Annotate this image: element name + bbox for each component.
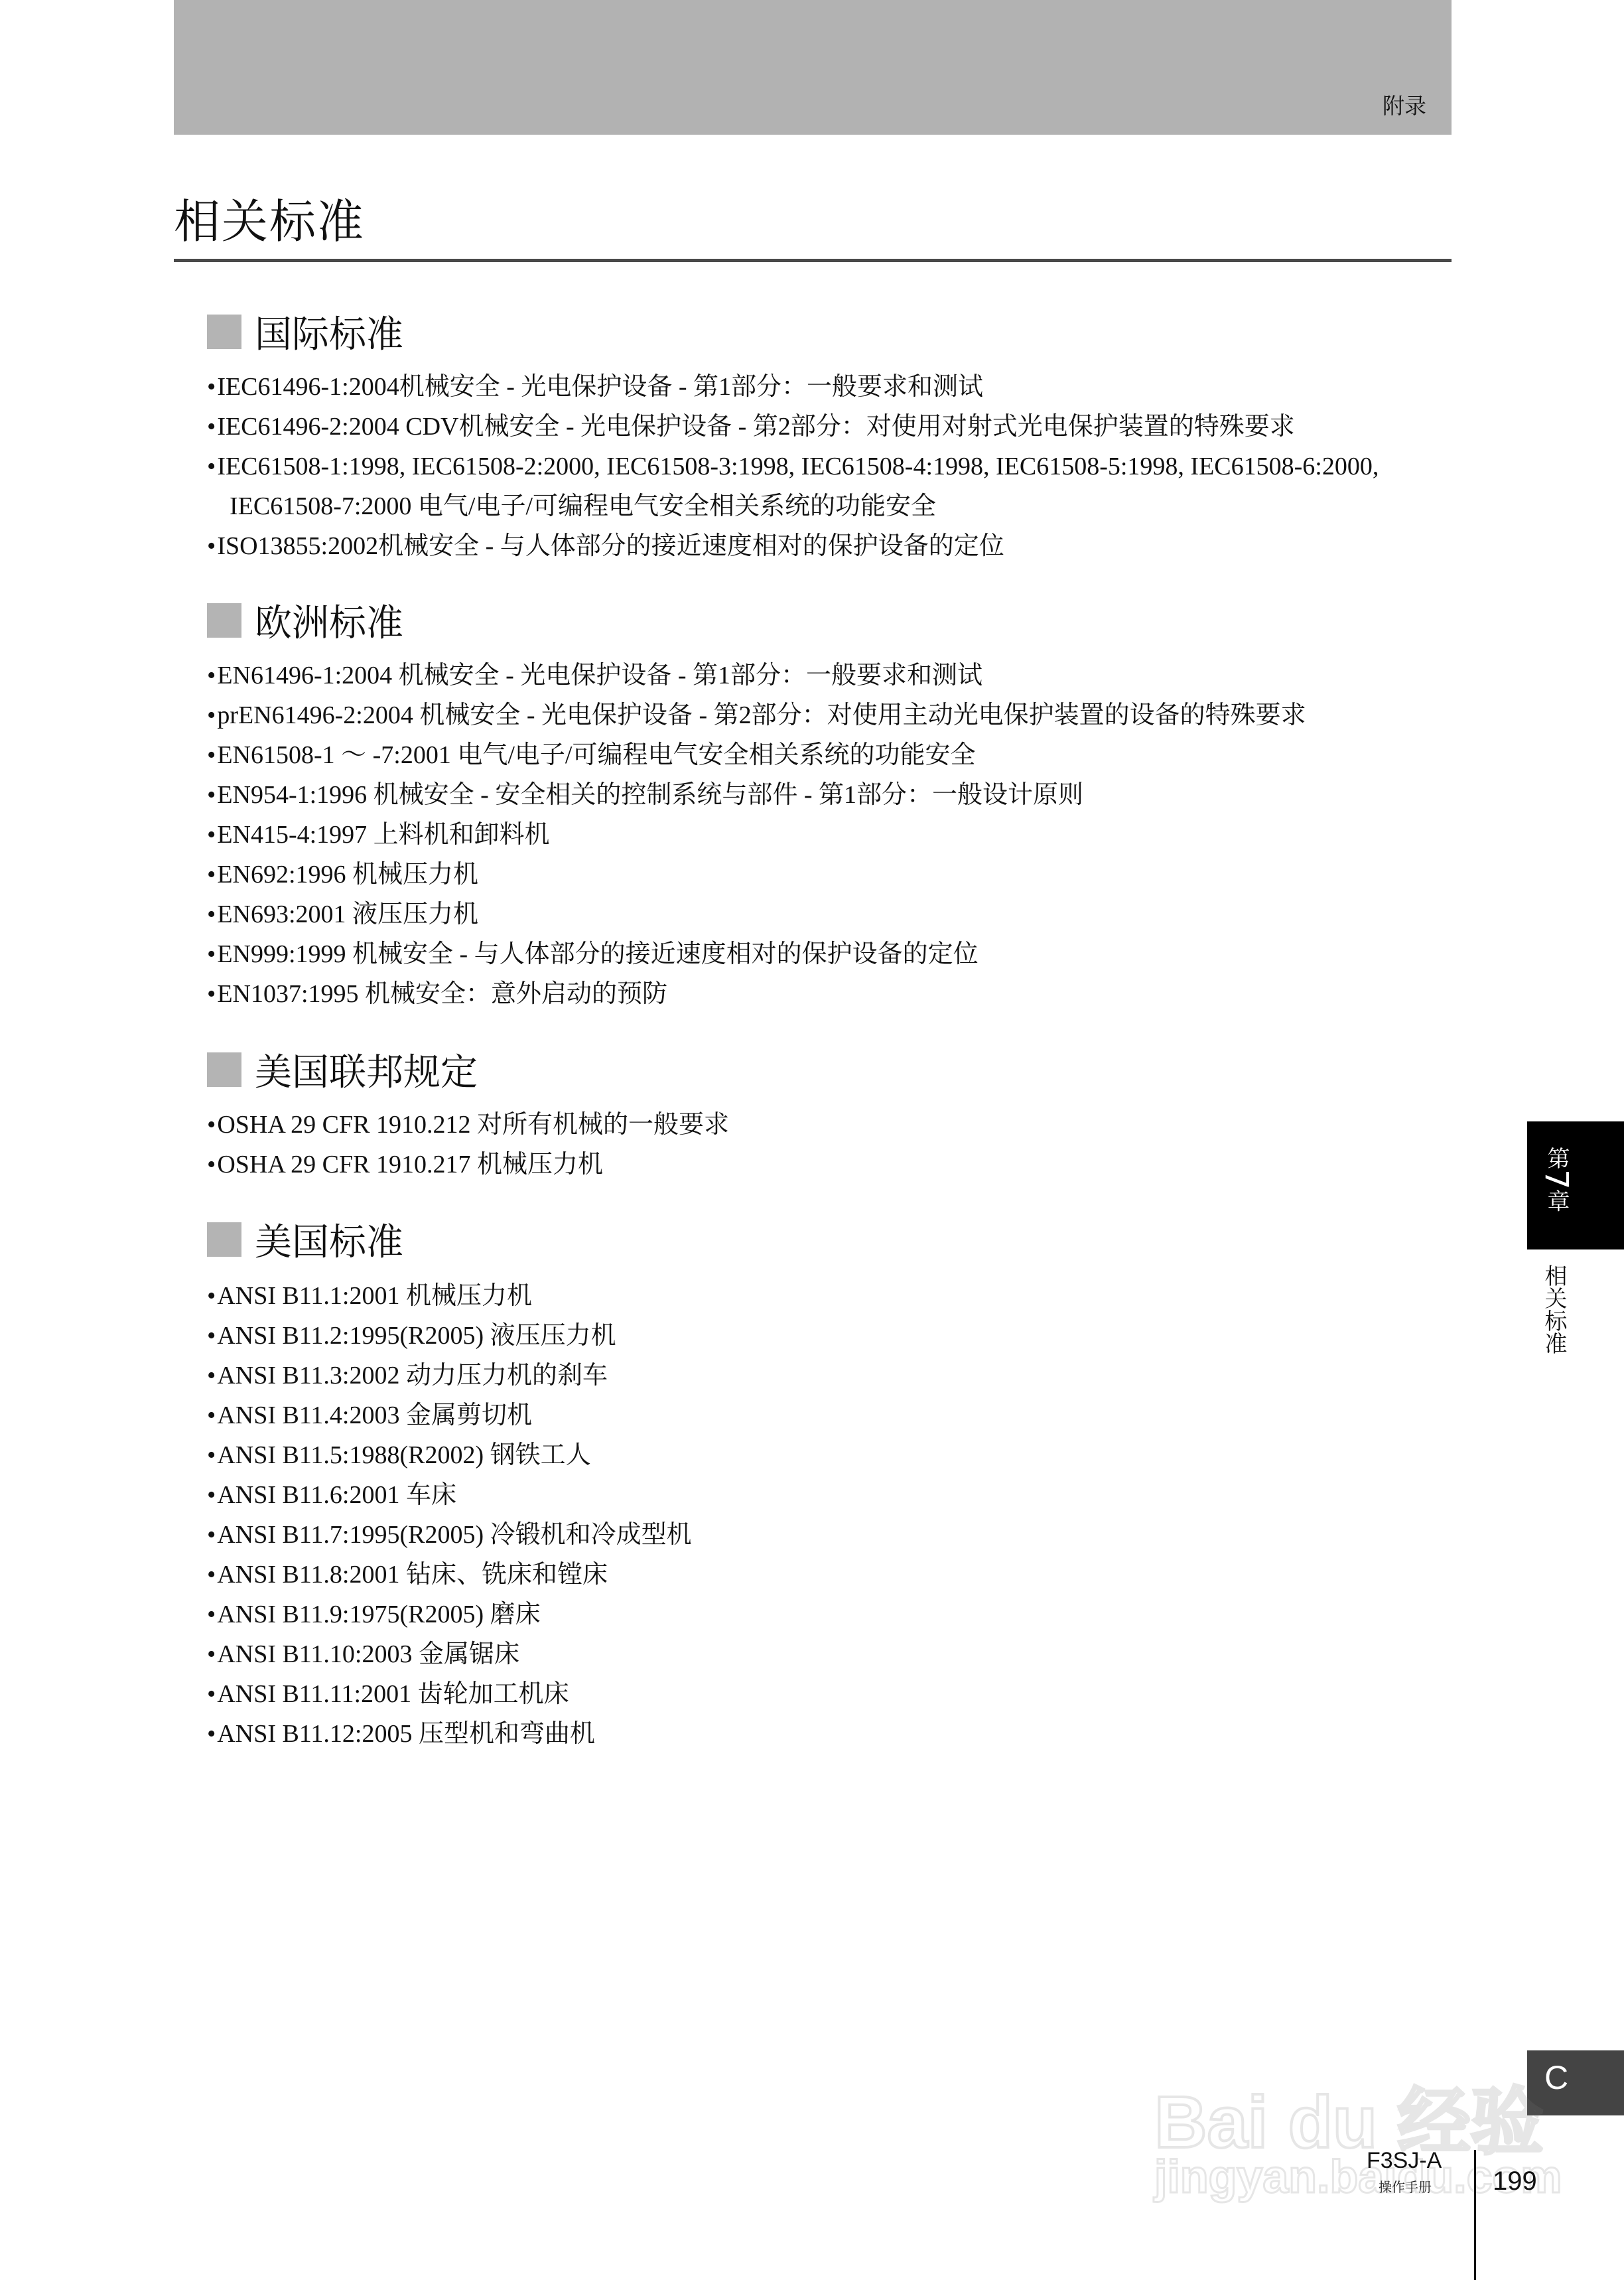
section-title: 美国标准 bbox=[255, 1213, 403, 1266]
bullet-icon: • bbox=[207, 373, 216, 401]
header-label: 附录 bbox=[1383, 89, 1426, 120]
page-title: 相关标准 bbox=[174, 184, 365, 251]
list-item: •ANSI B11.11:2001 齿轮加工机床 bbox=[207, 1674, 692, 1714]
section-header: 美国标准 bbox=[207, 1216, 692, 1263]
bullet-icon: • bbox=[207, 741, 216, 769]
bullet-icon: • bbox=[207, 900, 216, 928]
watermark-brand: Bai du 经验 bbox=[1154, 2064, 1544, 2169]
list-item: •ANSI B11.3:2002 动力压力机的刹车 bbox=[207, 1356, 692, 1395]
section-international: 国际标准 •IEC61496-1:2004机械安全 - 光电保护设备 - 第1部… bbox=[207, 309, 1379, 566]
page-number: 199 bbox=[1493, 2167, 1537, 2196]
footer-manual-label: 操作手册 bbox=[1379, 2176, 1432, 2196]
chapter-label: 第7章 bbox=[1538, 1147, 1575, 1212]
bullet-icon: • bbox=[207, 861, 216, 889]
bullet-icon: • bbox=[207, 1401, 216, 1429]
list-item: •EN692:1996 机械压力机 bbox=[207, 855, 1306, 894]
appendix-tab bbox=[1527, 2050, 1624, 2115]
bullet-icon: • bbox=[207, 1680, 216, 1708]
bullet-icon: • bbox=[207, 1640, 216, 1668]
bullet-icon: • bbox=[207, 662, 216, 689]
chapter-topic-label: 相关标准 bbox=[1538, 1264, 1570, 1354]
section-us-federal: 美国联邦规定 •OSHA 29 CFR 1910.212 对所有机械的一般要求 … bbox=[207, 1046, 729, 1184]
bullet-icon: • bbox=[207, 1481, 216, 1509]
bullet-icon: • bbox=[207, 1521, 216, 1549]
appendix-letter: C bbox=[1544, 2058, 1568, 2097]
bullet-icon: • bbox=[207, 1282, 216, 1310]
bullet-icon: • bbox=[207, 940, 216, 968]
section-header: 美国联邦规定 bbox=[207, 1046, 729, 1093]
list-item: •ISO13855:2002机械安全 - 与人体部分的接近速度相对的保护设备的定… bbox=[207, 526, 1379, 566]
header-band: 附录 bbox=[174, 0, 1452, 135]
footer-model: F3SJ-A bbox=[1367, 2148, 1442, 2174]
list-item: •EN1037:1995 机械安全：意外启动的预防 bbox=[207, 974, 1306, 1014]
bullet-icon: • bbox=[207, 1441, 216, 1469]
list-item: •OSHA 29 CFR 1910.217 机械压力机 bbox=[207, 1145, 729, 1184]
list-item-continuation: IEC61508-7:2000 电气/电子/可编程电气安全相关系统的功能安全 bbox=[207, 486, 1379, 526]
bullet-icon: • bbox=[207, 1151, 216, 1178]
section-title: 美国联邦规定 bbox=[255, 1043, 478, 1096]
section-marker-icon bbox=[207, 603, 241, 638]
bullet-icon: • bbox=[207, 532, 216, 560]
footer-divider bbox=[1474, 2150, 1476, 2280]
list-item: •IEC61508-1:1998, IEC61508-2:2000, IEC61… bbox=[207, 447, 1379, 486]
section-marker-icon bbox=[207, 315, 241, 349]
section-marker-icon bbox=[207, 1222, 241, 1257]
list-item: •ANSI B11.5:1988(R2002) 钢铁工人 bbox=[207, 1435, 692, 1475]
list-item: •ANSI B11.7:1995(R2005) 冷锻机和冷成型机 bbox=[207, 1515, 692, 1555]
title-divider bbox=[174, 259, 1452, 262]
list-item: •OSHA 29 CFR 1910.212 对所有机械的一般要求 bbox=[207, 1105, 729, 1145]
list-item: •ANSI B11.1:2001 机械压力机 bbox=[207, 1276, 692, 1316]
bullet-icon: • bbox=[207, 980, 216, 1008]
list-item: •EN954-1:1996 机械安全 - 安全相关的控制系统与部件 - 第1部分… bbox=[207, 775, 1306, 815]
list-item: •IEC61496-1:2004机械安全 - 光电保护设备 - 第1部分：一般要… bbox=[207, 367, 1379, 407]
bullet-icon: • bbox=[207, 1601, 216, 1628]
bullet-icon: • bbox=[207, 821, 216, 849]
section-title: 欧洲标准 bbox=[255, 594, 403, 647]
list-item: •ANSI B11.9:1975(R2005) 磨床 bbox=[207, 1595, 692, 1634]
list-item: •EN693:2001 液压压力机 bbox=[207, 894, 1306, 934]
list-item: •ANSI B11.4:2003 金属剪切机 bbox=[207, 1395, 692, 1435]
list-item: •EN999:1999 机械安全 - 与人体部分的接近速度相对的保护设备的定位 bbox=[207, 934, 1306, 974]
list-item: •EN415-4:1997 上料机和卸料机 bbox=[207, 815, 1306, 855]
bullet-icon: • bbox=[207, 453, 216, 480]
list-item: •ANSI B11.6:2001 车床 bbox=[207, 1475, 692, 1515]
section-marker-icon bbox=[207, 1052, 241, 1087]
section-title: 国际标准 bbox=[255, 305, 403, 358]
list-item: •ANSI B11.8:2001 钻床、铣床和镗床 bbox=[207, 1555, 692, 1595]
bullet-icon: • bbox=[207, 1362, 216, 1389]
bullet-icon: • bbox=[207, 781, 216, 809]
bullet-icon: • bbox=[207, 413, 216, 441]
bullet-icon: • bbox=[207, 1111, 216, 1139]
section-us-standards: 美国标准 •ANSI B11.1:2001 机械压力机 •ANSI B11.2:… bbox=[207, 1216, 692, 1754]
list-item: •prEN61496-2:2004 机械安全 - 光电保护设备 - 第2部分：对… bbox=[207, 695, 1306, 735]
section-header: 欧洲标准 bbox=[207, 597, 1306, 644]
list-item: •EN61496-1:2004 机械安全 - 光电保护设备 - 第1部分：一般要… bbox=[207, 656, 1306, 695]
bullet-icon: • bbox=[207, 701, 216, 729]
bullet-icon: • bbox=[207, 1720, 216, 1748]
bullet-icon: • bbox=[207, 1561, 216, 1589]
section-header: 国际标准 bbox=[207, 309, 1379, 355]
section-european: 欧洲标准 •EN61496-1:2004 机械安全 - 光电保护设备 - 第1部… bbox=[207, 597, 1306, 1014]
list-item: •EN61508-1 ～ -7:2001 电气/电子/可编程电气安全相关系统的功… bbox=[207, 735, 1306, 775]
list-item: •ANSI B11.2:1995(R2005) 液压压力机 bbox=[207, 1316, 692, 1356]
bullet-icon: • bbox=[207, 1322, 216, 1350]
list-item: •ANSI B11.10:2003 金属锯床 bbox=[207, 1634, 692, 1674]
list-item: •IEC61496-2:2004 CDV机械安全 - 光电保护设备 - 第2部分… bbox=[207, 407, 1379, 447]
list-item: •ANSI B11.12:2005 压型机和弯曲机 bbox=[207, 1714, 692, 1754]
